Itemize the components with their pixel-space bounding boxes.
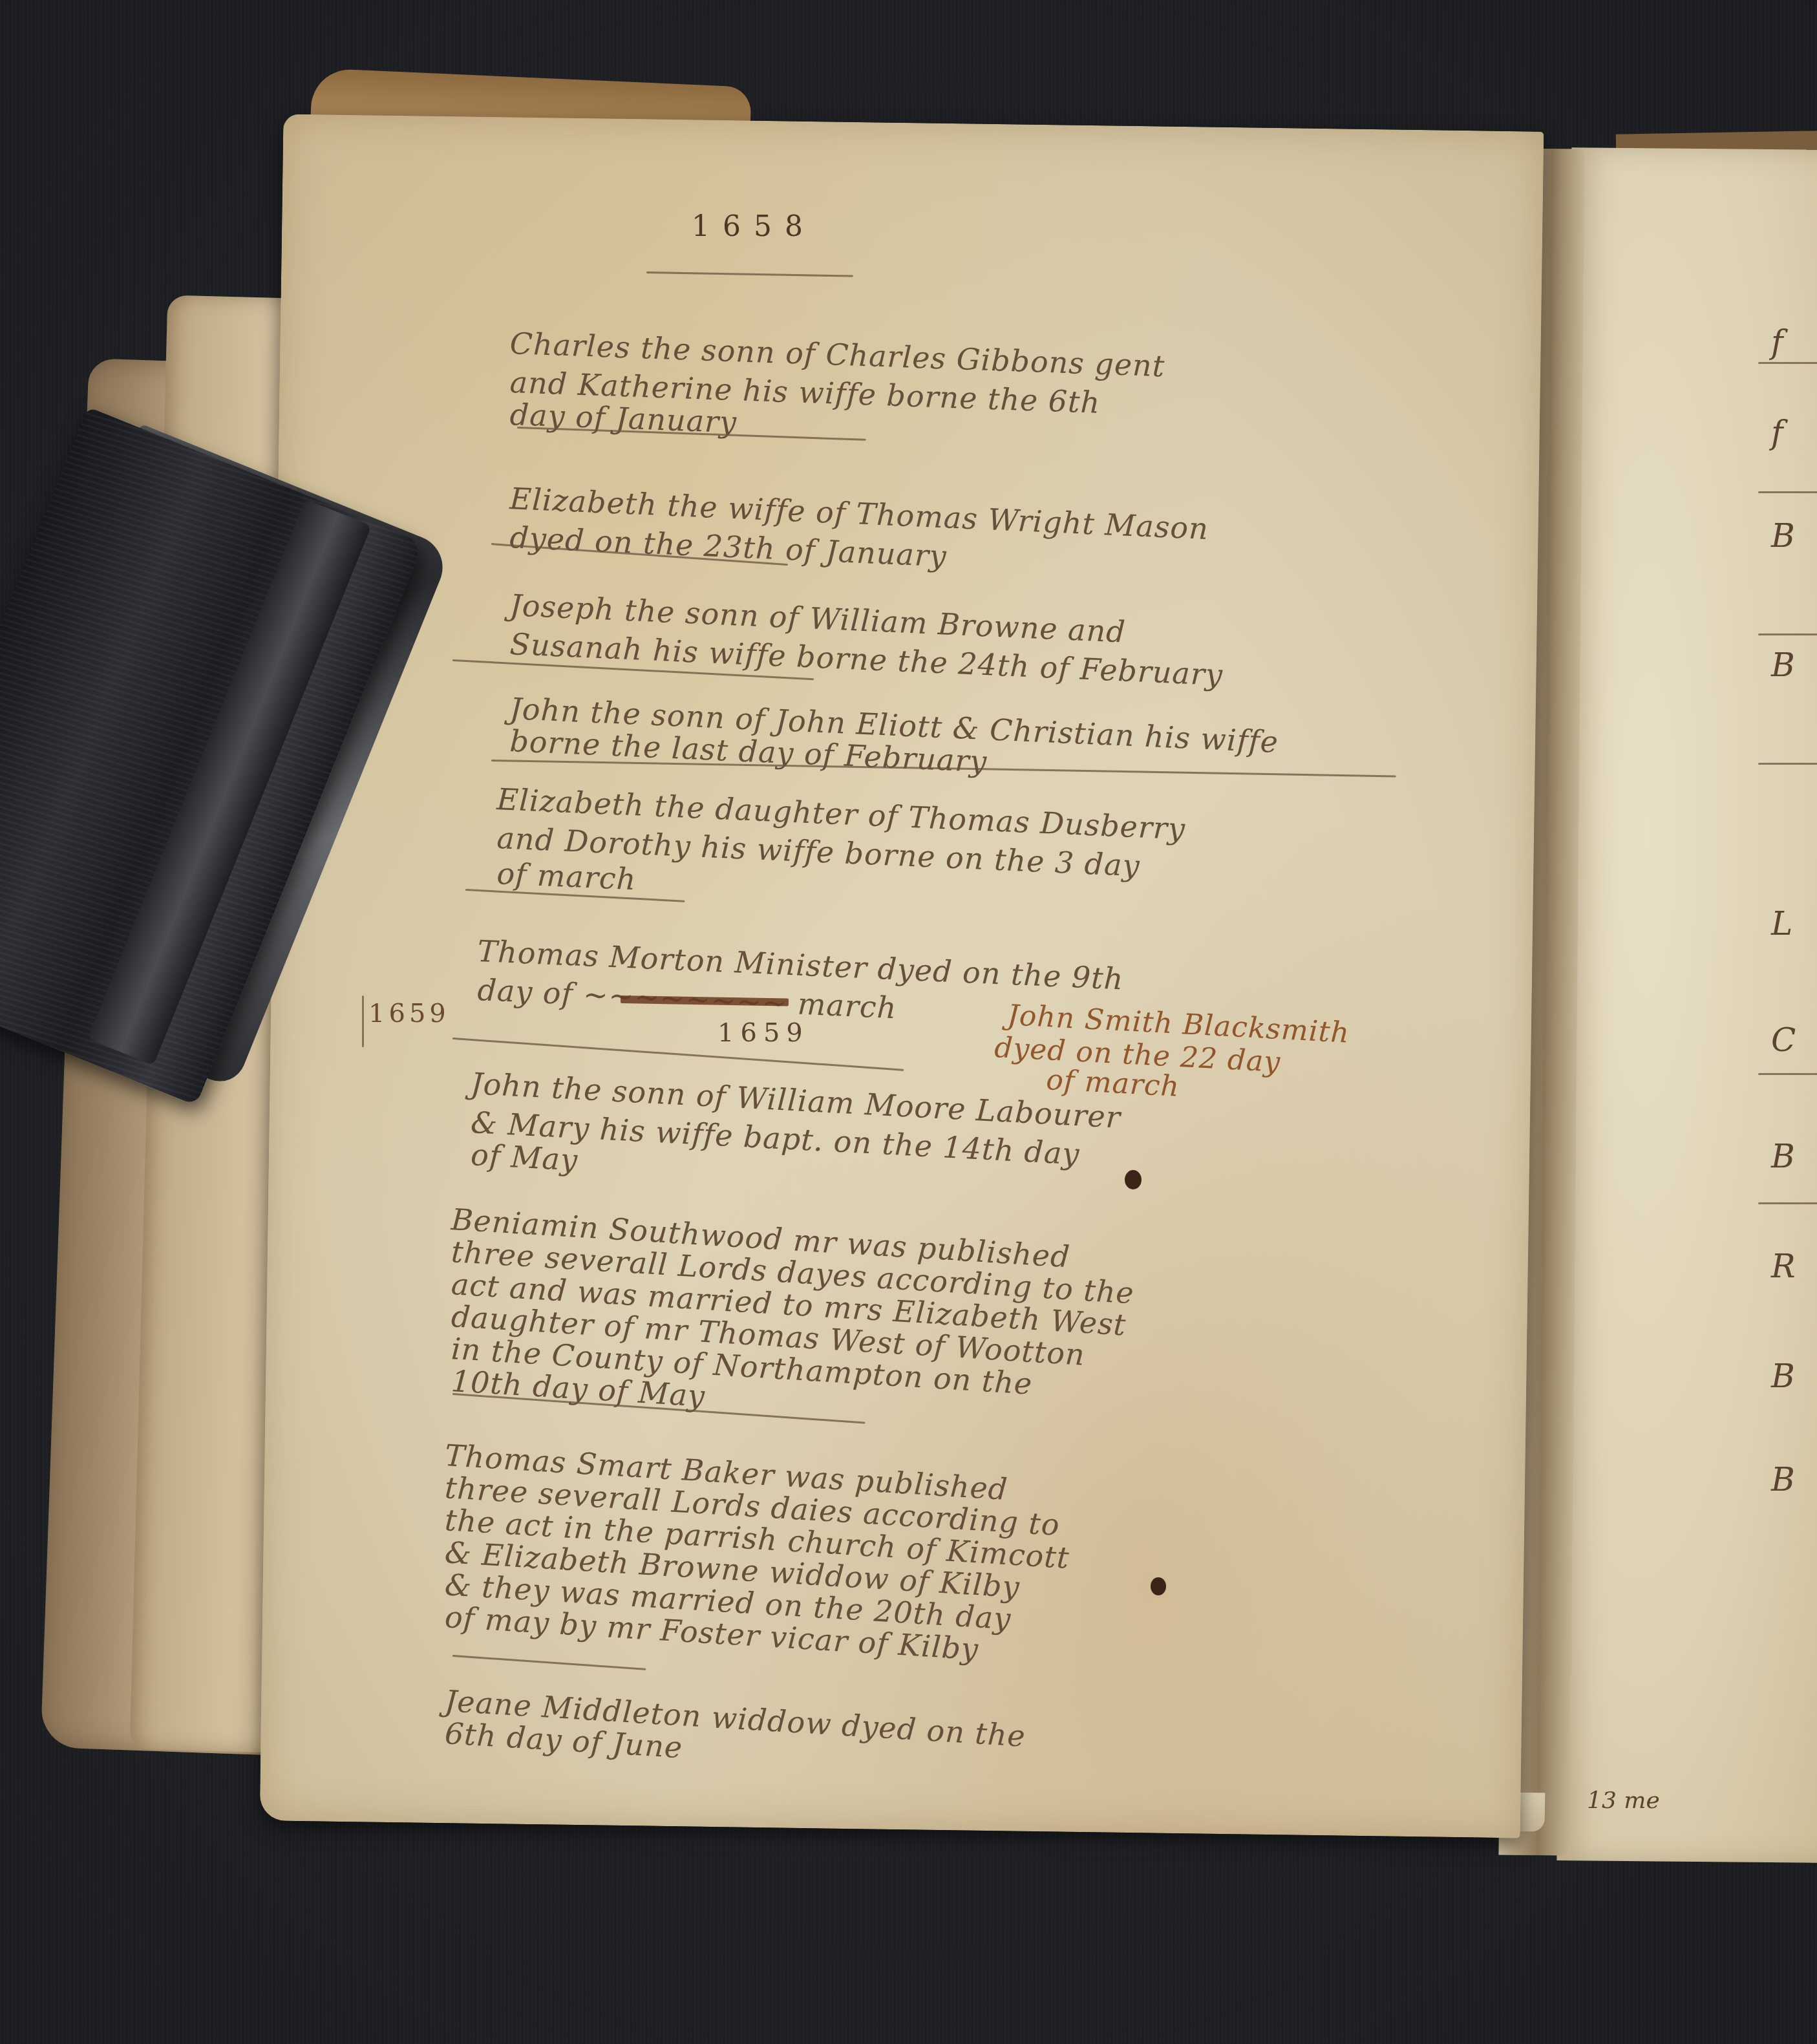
right-margin-fragment: R	[1771, 1248, 1796, 1285]
right-margin-fragment: B	[1771, 1461, 1795, 1498]
ink-blot	[1125, 1170, 1142, 1189]
right-margin-rule	[1758, 633, 1817, 635]
right-margin-rule	[1758, 491, 1817, 493]
right-page	[1557, 147, 1817, 1863]
margin-bracket	[362, 995, 364, 1047]
right-margin-fragment: C	[1771, 1021, 1796, 1059]
right-page-bottom-note: 13 me	[1587, 1787, 1660, 1814]
entry-8-line-3: of May	[470, 1134, 579, 1180]
right-margin-rule	[1758, 1202, 1817, 1204]
right-margin-rule	[1758, 362, 1817, 364]
right-margin-fragment: f	[1771, 414, 1783, 451]
margin-year-marker: 1659	[368, 999, 450, 1028]
right-margin-fragment: B	[1771, 646, 1795, 684]
inline-year-marker: 1659	[717, 1018, 809, 1048]
ink-blot	[1151, 1577, 1166, 1595]
right-margin-fragment: B	[1771, 1357, 1795, 1395]
right-margin-fragment: f	[1771, 323, 1783, 361]
header-year: 1658	[692, 210, 816, 243]
right-margin-fragment: B	[1771, 517, 1795, 555]
right-margin-rule	[1758, 763, 1817, 765]
right-margin-fragment: B	[1771, 1138, 1795, 1175]
right-margin-rule	[1758, 1073, 1817, 1075]
right-margin-fragment: L	[1771, 905, 1792, 942]
